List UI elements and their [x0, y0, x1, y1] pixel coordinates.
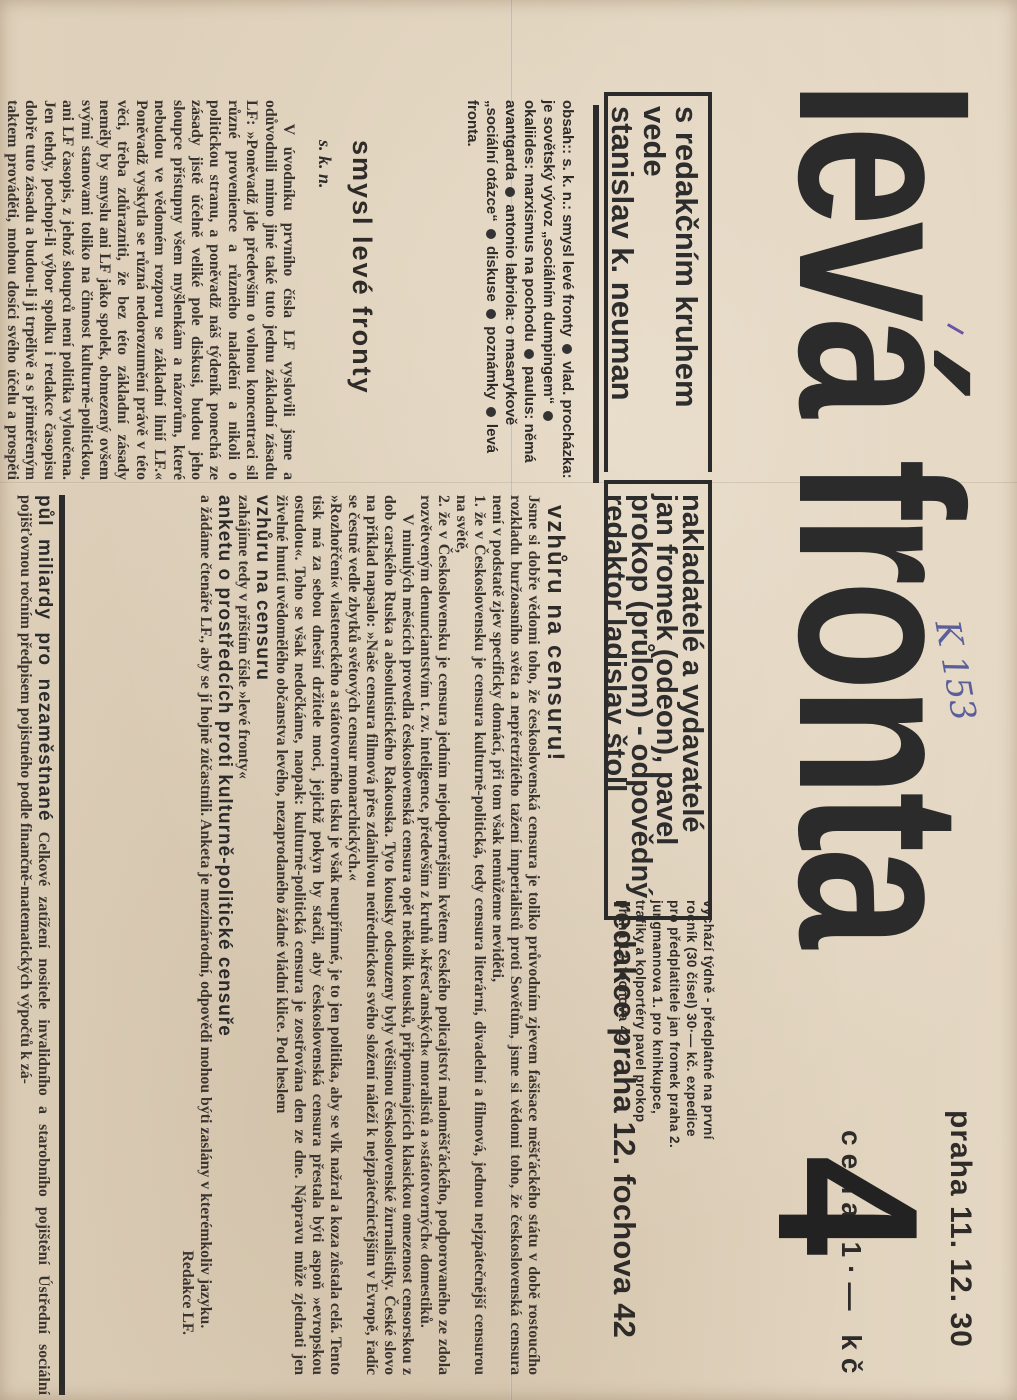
editorial-address: redakce praha 12. fochova 42	[606, 900, 642, 1338]
article-1-body: V úvodníku prvního čísla LF vyslovili js…	[0, 100, 297, 480]
article-2-signature: Redakce LF.	[178, 495, 196, 1375]
bullet-dot-icon	[486, 229, 496, 239]
article-2-body: Jsme si dobře vědomi toho, že českoslove…	[178, 495, 542, 1375]
article-2-subhead-1: vzhůru na censuru	[252, 495, 272, 1375]
article-1-paragraph: V úvodníku prvního čísla LF vyslovili js…	[0, 100, 297, 480]
editor-line-3: stanislav k. neuman	[606, 106, 638, 462]
contents-item: okaliides: marxismus na pochodu	[521, 100, 538, 346]
newspaper-page: levá fronta praha 11. 12. 30 cena 1·— kč…	[0, 0, 1017, 1400]
article-2-paragraph: 2. že v Československu je censura jedním…	[416, 495, 452, 1375]
article-2-paragraph: 1. že v Československu je censura kultur…	[452, 495, 488, 1375]
bullet-dot-icon	[505, 187, 515, 197]
contents-item: poznámky	[483, 322, 500, 404]
contents-items: s. k. n.: smysl levé fronty vlad. prochá…	[464, 100, 576, 479]
bottom-article-title: půl miliardy pro nezaměstnané	[34, 495, 55, 822]
bullet-dot-icon	[486, 407, 496, 417]
article-1-byline: s. k. n.	[314, 140, 335, 189]
article-2-paragraph: V minulých měsících provedla českosloven…	[344, 495, 416, 1375]
contents-label: obsah::	[559, 100, 576, 154]
bullet-dot-icon	[562, 344, 572, 354]
editor-box: s redakčním kruhem vede stanislav k. neu…	[604, 92, 712, 472]
contents-item: s. k. n.: smysl levé fronty	[559, 158, 576, 341]
bottom-article: půl miliardy pro nezaměstnané Celkové za…	[16, 495, 53, 1395]
article-1-title: smysl levé fronty	[346, 140, 377, 395]
masthead-title: levá fronta	[763, 80, 995, 944]
bottom-rule	[59, 495, 65, 1395]
bullet-dot-icon	[524, 349, 534, 359]
contents-item: diskuse	[483, 242, 500, 306]
publisher-line-1: nakladatelé a vydavatelé	[679, 494, 705, 906]
editor-line-2: vede	[638, 106, 670, 462]
table-of-contents: obsah:: s. k. n.: smysl levé fronty vlad…	[463, 100, 577, 480]
article-2-closing: a žádáme čtenáře LF., aby se jí hojně zú…	[196, 495, 214, 1375]
bullet-dot-icon	[543, 411, 553, 421]
publisher-box: nakladatelé a vydavatelé jan fromek (ode…	[604, 480, 712, 920]
publisher-line-3: prokop (průlom) - odpovědný	[628, 494, 654, 906]
article-2-closing-intro: zahájíme tedy v příštím čísle »levé fron…	[234, 495, 252, 1375]
issue-number: 4	[747, 1156, 947, 1256]
article-2-paragraph: Jsme si dobře vědomi toho, že českoslove…	[488, 495, 542, 1375]
article-2-paragraph: »Rozhořčení« vlasteneckého a státotvorné…	[272, 495, 344, 1375]
publisher-line-4: redaktor ladislav štoll	[602, 494, 628, 906]
editor-line-1: s redakčním kruhem	[670, 106, 702, 462]
article-2-title: vzhůru na censuru!	[541, 505, 569, 762]
contents-rule	[593, 105, 599, 483]
article-2-subhead-2: anketu o prostředcích proti kulturně-pol…	[214, 495, 234, 1375]
bullet-dot-icon	[486, 309, 496, 319]
